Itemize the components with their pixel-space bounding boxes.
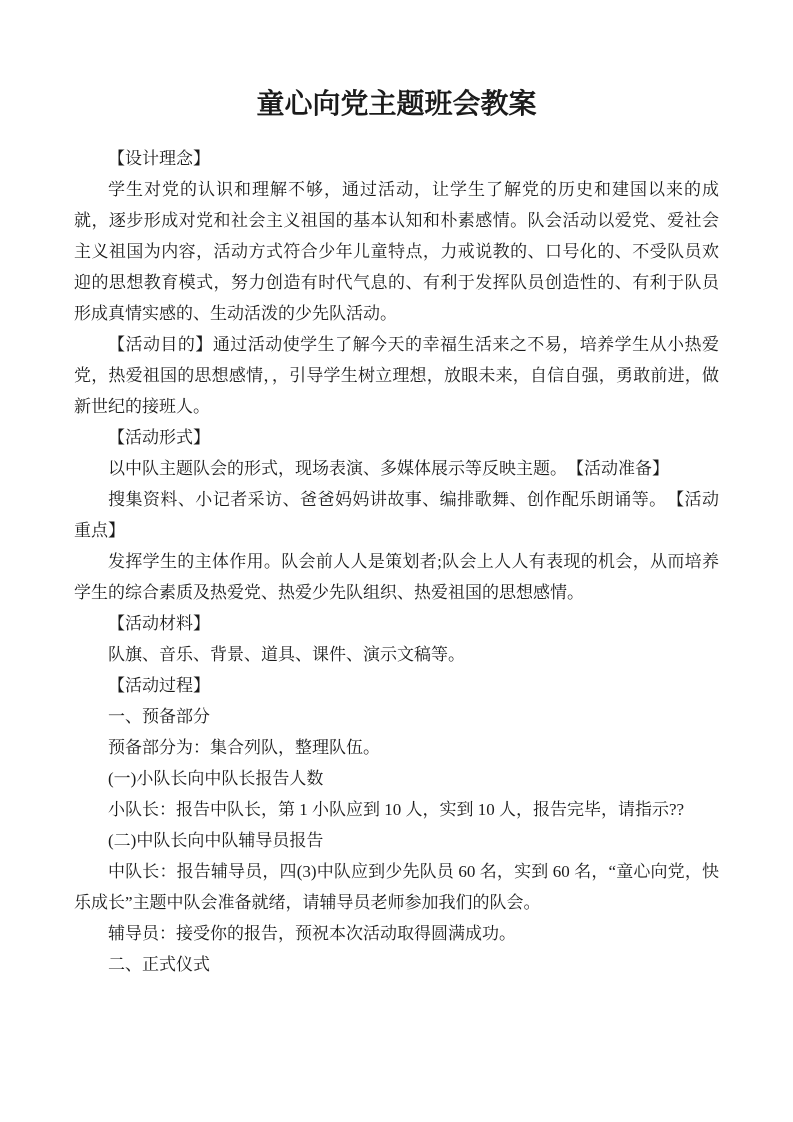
document-page: 童心向党主题班会教案 【设计理念】学生对党的认识和理解不够，通过活动，让学生了解…	[0, 0, 793, 1122]
paragraph: 【活动过程】	[74, 670, 719, 701]
paragraph: 搜集资料、小记者采访、爸爸妈妈讲故事、编排歌舞、创作配乐朗诵等。 【活动重点】	[74, 484, 719, 546]
document-body: 【设计理念】学生对党的认识和理解不够，通过活动，让学生了解党的历史和建国以来的成…	[74, 143, 719, 980]
paragraph: 小队长：报告中队长，第 1 小队应到 10 人，实到 10 人，报告完毕，请指示…	[74, 794, 719, 825]
paragraph: 发挥学生的主体作用。队会前人人是策划者;队会上人人有表现的机会，从而培养学生的综…	[74, 546, 719, 608]
paragraph: 学生对党的认识和理解不够，通过活动，让学生了解党的历史和建国以来的成就，逐步形成…	[74, 174, 719, 329]
paragraph: 一、预备部分	[74, 701, 719, 732]
paragraph: 【活动目的】通过活动使学生了解今天的幸福生活来之不易，培养学生从小热爱党，热爱祖…	[74, 329, 719, 422]
paragraph: 【活动形式】	[74, 422, 719, 453]
paragraph: 中队长：报告辅导员，四(3)中队应到少先队员 60 名，实到 60 名，“童心向…	[74, 856, 719, 918]
paragraph: (一)小队长向中队长报告人数	[74, 763, 719, 794]
paragraph: (二)中队长向中队辅导员报告	[74, 825, 719, 856]
paragraph: 二、正式仪式	[74, 949, 719, 980]
paragraph: 预备部分为：集合列队，整理队伍。	[74, 732, 719, 763]
paragraph: 队旗、音乐、背景、道具、课件、演示文稿等。	[74, 639, 719, 670]
paragraph: 【活动材料】	[74, 608, 719, 639]
paragraph: 【设计理念】	[74, 143, 719, 174]
document-title: 童心向党主题班会教案	[74, 86, 719, 124]
paragraph: 以中队主题队会的形式，现场表演、多媒体展示等反映主题。 【活动准备】	[74, 453, 719, 484]
paragraph: 辅导员：接受你的报告，预祝本次活动取得圆满成功。	[74, 918, 719, 949]
